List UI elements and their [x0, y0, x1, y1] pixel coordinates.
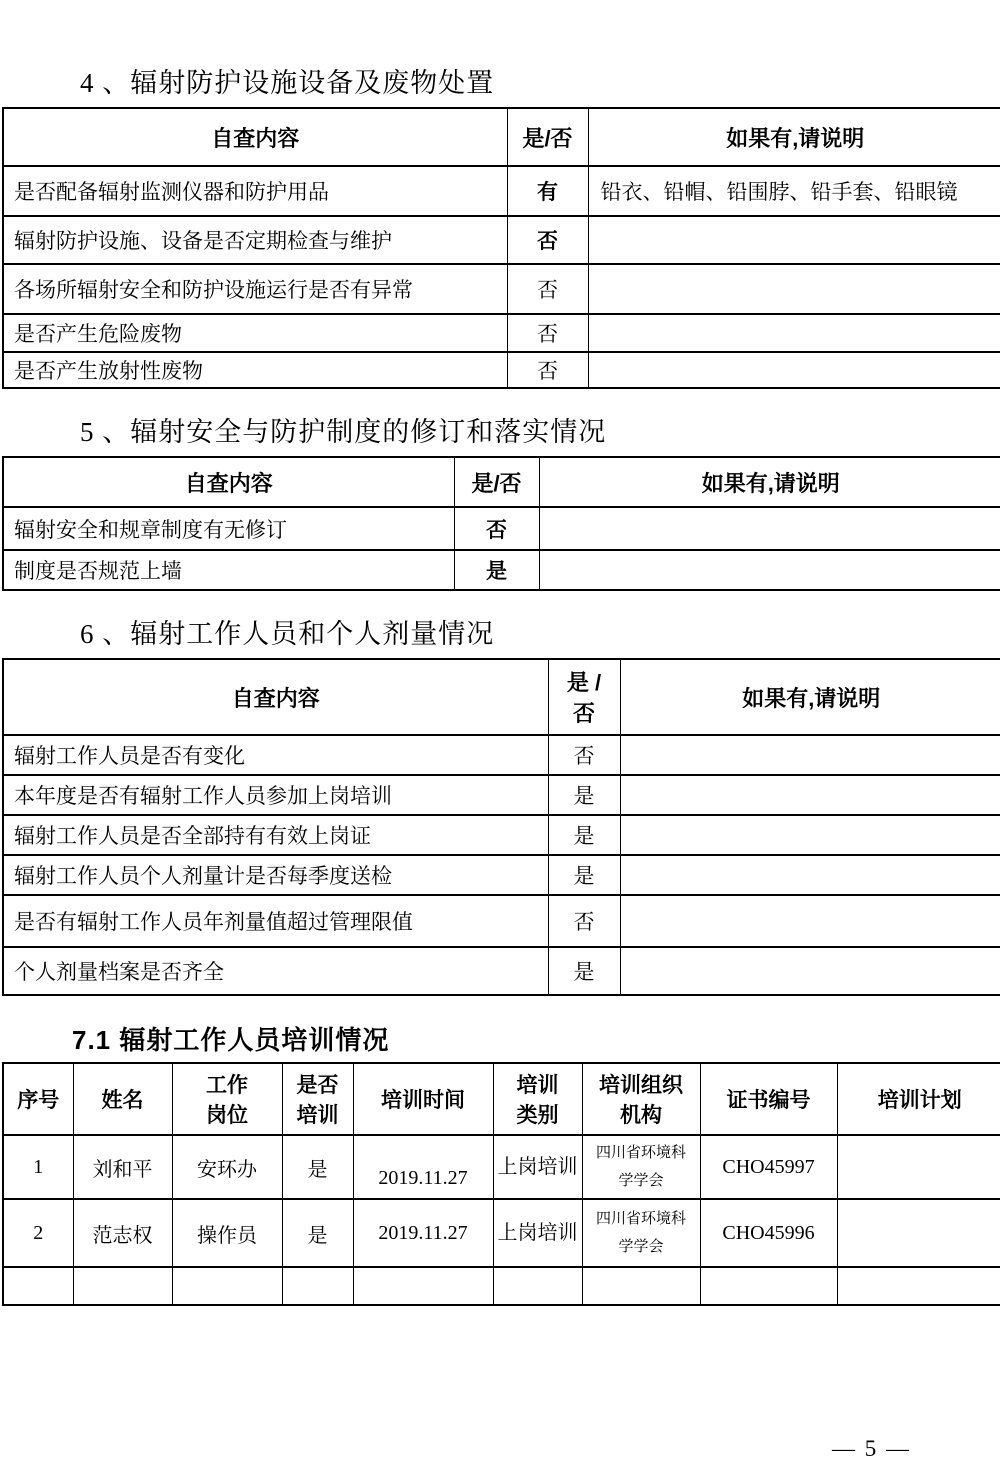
table-header-row: 自查内容 是/否 如果有,请说明: [3, 108, 1000, 166]
table-row: 是否有辐射工作人员年剂量值超过管理限值 否: [3, 895, 1000, 947]
training-org: 四川省环境科学学会: [582, 1199, 700, 1267]
header-self-check-content: 自查内容: [3, 659, 548, 735]
document-page: 4 、辐射防护设施设备及废物处置 自查内容 是/否 如果有,请说明 是否配备辐射…: [0, 0, 1000, 1474]
note-value: [539, 550, 1000, 590]
header-name: 姓名: [73, 1063, 172, 1135]
header-self-check-content: 自查内容: [3, 457, 454, 507]
note-value: [539, 507, 1000, 550]
training-type: 上岗培训: [493, 1199, 582, 1267]
check-item-label: 辐射防护设施、设备是否定期检查与维护: [3, 216, 507, 264]
answer-value: 否: [548, 735, 620, 775]
person-name: 范志权: [73, 1199, 172, 1267]
section-7-1-title: 7.1 辐射工作人员培训情况: [72, 1024, 1000, 1056]
training-type: [493, 1267, 582, 1305]
serial-number: 2: [3, 1199, 73, 1267]
training-org: [582, 1267, 700, 1305]
header-if-yes-explain: 如果有,请说明: [620, 659, 1000, 735]
person-name: 刘和平: [73, 1135, 172, 1199]
job-post: 操作员: [172, 1199, 282, 1267]
note-value: [620, 855, 1000, 895]
training-type: 上岗培训: [493, 1135, 582, 1199]
answer-value: 是: [548, 947, 620, 995]
answer-value: 是: [454, 550, 539, 590]
note-value: [620, 735, 1000, 775]
answer-value: 是: [548, 855, 620, 895]
page-number: — 5 —: [832, 1436, 911, 1462]
answer-value: 否: [507, 314, 588, 352]
header-self-check-content: 自查内容: [3, 108, 507, 166]
table-row: 制度是否规范上墙 是: [3, 550, 1000, 590]
table-row: 辐射工作人员是否有变化 否: [3, 735, 1000, 775]
header-if-yes-explain: 如果有,请说明: [588, 108, 1000, 166]
note-value: [620, 815, 1000, 855]
serial-number: 1: [3, 1135, 73, 1199]
header-certificate-number: 证书编号: [700, 1063, 837, 1135]
section-4-table: 自查内容 是/否 如果有,请说明 是否配备辐射监测仪器和防护用品 有 铅衣、铅帽…: [2, 107, 1000, 389]
header-yes-no: 是/否: [454, 457, 539, 507]
table-row: 辐射安全和规章制度有无修订 否: [3, 507, 1000, 550]
training-plan: [837, 1199, 1000, 1267]
header-yes-no: 是 / 否: [548, 659, 620, 735]
serial-number: [3, 1267, 73, 1305]
check-item-label: 是否有辐射工作人员年剂量值超过管理限值: [3, 895, 548, 947]
trained-value: 是: [282, 1199, 353, 1267]
training-plan: [837, 1135, 1000, 1199]
table-row: 个人剂量档案是否齐全 是: [3, 947, 1000, 995]
table-row: [3, 1267, 1000, 1305]
training-table: 序号 姓名 工作 岗位 是否 培训 培训时间 培训 类别 培训组织 机构 证书编…: [2, 1062, 1000, 1306]
table-header-row: 自查内容 是 / 否 如果有,请说明: [3, 659, 1000, 735]
table-row: 是否产生放射性废物 否: [3, 352, 1000, 388]
answer-value: 有: [507, 166, 588, 216]
check-item-label: 辐射安全和规章制度有无修订: [3, 507, 454, 550]
check-item-label: 辐射工作人员个人剂量计是否每季度送检: [3, 855, 548, 895]
check-item-label: 本年度是否有辐射工作人员参加上岗培训: [3, 775, 548, 815]
note-value: [588, 264, 1000, 314]
header-training-time: 培训时间: [353, 1063, 493, 1135]
header-training-type: 培训 类别: [493, 1063, 582, 1135]
check-item-label: 辐射工作人员是否有变化: [3, 735, 548, 775]
check-item-label: 辐射工作人员是否全部持有有效上岗证: [3, 815, 548, 855]
answer-value: 否: [507, 264, 588, 314]
certificate-number: CHO45997: [700, 1135, 837, 1199]
person-name: [73, 1267, 172, 1305]
answer-value: 是: [548, 815, 620, 855]
answer-value: 否: [454, 507, 539, 550]
section-6-table: 自查内容 是 / 否 如果有,请说明 辐射工作人员是否有变化 否 本年度是否有辐…: [2, 658, 1000, 996]
header-serial-number: 序号: [3, 1063, 73, 1135]
check-item-label: 制度是否规范上墙: [3, 550, 454, 590]
header-if-yes-explain: 如果有,请说明: [539, 457, 1000, 507]
note-value: [588, 352, 1000, 388]
check-item-label: 是否产生危险废物: [3, 314, 507, 352]
note-value: [588, 314, 1000, 352]
table-row: 是否产生危险废物 否: [3, 314, 1000, 352]
job-post: [172, 1267, 282, 1305]
note-value: [620, 947, 1000, 995]
table-header-row: 自查内容 是/否 如果有,请说明: [3, 457, 1000, 507]
certificate-number: CHO45996: [700, 1199, 837, 1267]
answer-value: 否: [507, 216, 588, 264]
training-time: [353, 1267, 493, 1305]
section-5-title: 5 、辐射安全与防护制度的修订和落实情况: [80, 415, 1000, 449]
training-time: 2019.11.27: [353, 1199, 493, 1267]
note-value: [620, 895, 1000, 947]
header-yes-no: 是/否: [507, 108, 588, 166]
note-value: 铅衣、铅帽、铅围脖、铅手套、铅眼镜: [588, 166, 1000, 216]
check-item-label: 各场所辐射安全和防护设施运行是否有异常: [3, 264, 507, 314]
section-4-title: 4 、辐射防护设施设备及废物处置: [80, 66, 1000, 100]
header-job-post: 工作 岗位: [172, 1063, 282, 1135]
trained-value: 是: [282, 1135, 353, 1199]
table-row: 是否配备辐射监测仪器和防护用品 有 铅衣、铅帽、铅围脖、铅手套、铅眼镜: [3, 166, 1000, 216]
trained-value: [282, 1267, 353, 1305]
table-row: 辐射防护设施、设备是否定期检查与维护 否: [3, 216, 1000, 264]
certificate-number: [700, 1267, 837, 1305]
note-value: [588, 216, 1000, 264]
answer-value: 否: [548, 895, 620, 947]
check-item-label: 是否产生放射性废物: [3, 352, 507, 388]
job-post: 安环办: [172, 1135, 282, 1199]
header-training-plan: 培训计划: [837, 1063, 1000, 1135]
table-row: 辐射工作人员个人剂量计是否每季度送检 是: [3, 855, 1000, 895]
table-header-row: 序号 姓名 工作 岗位 是否 培训 培训时间 培训 类别 培训组织 机构 证书编…: [3, 1063, 1000, 1135]
table-row: 1 刘和平 安环办 是 2019.11.27 上岗培训 四川省环境科学学会 CH…: [3, 1135, 1000, 1199]
table-row: 2 范志权 操作员 是 2019.11.27 上岗培训 四川省环境科学学会 CH…: [3, 1199, 1000, 1267]
section-5-table: 自查内容 是/否 如果有,请说明 辐射安全和规章制度有无修订 否 制度是否规范上…: [2, 456, 1000, 591]
check-item-label: 是否配备辐射监测仪器和防护用品: [3, 166, 507, 216]
answer-value: 否: [507, 352, 588, 388]
section-6-title: 6 、辐射工作人员和个人剂量情况: [80, 617, 1000, 651]
check-item-label: 个人剂量档案是否齐全: [3, 947, 548, 995]
training-org: 四川省环境科学学会: [582, 1135, 700, 1199]
training-time: 2019.11.27: [353, 1135, 493, 1199]
table-row: 本年度是否有辐射工作人员参加上岗培训 是: [3, 775, 1000, 815]
note-value: [620, 775, 1000, 815]
table-row: 辐射工作人员是否全部持有有效上岗证 是: [3, 815, 1000, 855]
answer-value: 是: [548, 775, 620, 815]
training-plan: [837, 1267, 1000, 1305]
header-trained: 是否 培训: [282, 1063, 353, 1135]
header-training-org: 培训组织 机构: [582, 1063, 700, 1135]
table-row: 各场所辐射安全和防护设施运行是否有异常 否: [3, 264, 1000, 314]
